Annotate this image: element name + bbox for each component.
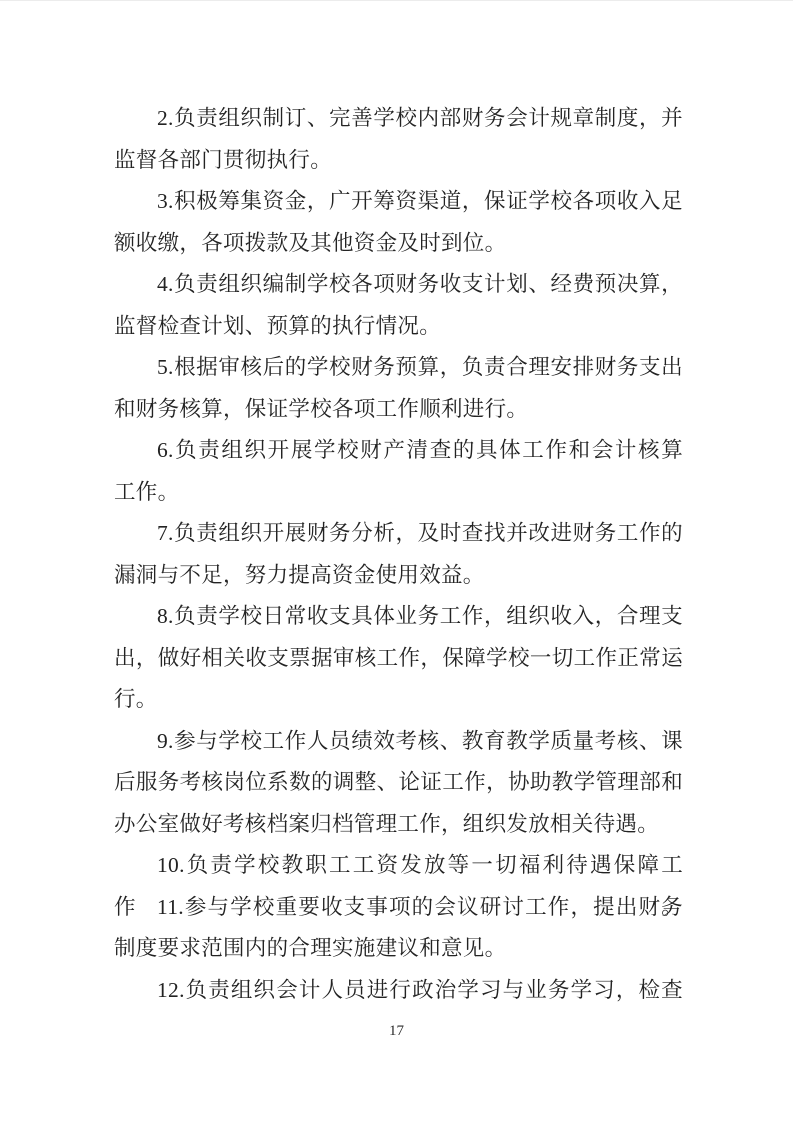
text-line: 额收缴，各项拨款及其他资金及时到位。 bbox=[114, 223, 683, 265]
document-page: 2.负责组织制订、完善学校内部财务会计规章制度，并监督各部门贯彻执行。3.积极筹… bbox=[0, 0, 793, 1123]
text-line: 2.负责组织制订、完善学校内部财务会计规章制度，并 bbox=[114, 98, 683, 140]
text-line: 后服务考核岗位系数的调整、论证工作，协助教学管理部和 bbox=[114, 762, 683, 804]
text-line: 监督检查计划、预算的执行情况。 bbox=[114, 306, 683, 348]
text-line: 11.参与学校重要收支事项的会议研讨工作，提出财务 bbox=[114, 887, 683, 929]
document-text-block: 2.负责组织制订、完善学校内部财务会计规章制度，并监督各部门贯彻执行。3.积极筹… bbox=[114, 98, 683, 1011]
text-line: 8.负责学校日常收支具体业务工作，组织收入，合理支 bbox=[114, 596, 683, 638]
text-line: 4.负责组织编制学校各项财务收支计划、经费预决算， bbox=[114, 264, 683, 306]
text-line: 10.负责学校教职工工资发放等一切福利待遇保障工作。 bbox=[114, 845, 683, 887]
text-line: 漏洞与不足，努力提高资金使用效益。 bbox=[114, 555, 683, 597]
text-line: 9.参与学校工作人员绩效考核、教育教学质量考核、课 bbox=[114, 721, 683, 763]
text-line: 12.负责组织会计人员进行政治学习与业务学习，检查 bbox=[114, 970, 683, 1012]
page-number: 17 bbox=[0, 1022, 793, 1040]
text-line: 7.负责组织开展财务分析，及时查找并改进财务工作的 bbox=[114, 513, 683, 555]
text-line: 出，做好相关收支票据审核工作，保障学校一切工作正常运 bbox=[114, 638, 683, 680]
text-line: 3.积极筹集资金，广开筹资渠道，保证学校各项收入足 bbox=[114, 181, 683, 223]
text-line: 制度要求范围内的合理实施建议和意见。 bbox=[114, 928, 683, 970]
text-line: 工作。 bbox=[114, 472, 683, 514]
text-line: 办公室做好考核档案归档管理工作，组织发放相关待遇。 bbox=[114, 804, 683, 846]
text-line: 监督各部门贯彻执行。 bbox=[114, 140, 683, 182]
text-line: 6.负责组织开展学校财产清查的具体工作和会计核算 bbox=[114, 430, 683, 472]
text-line: 5.根据审核后的学校财务预算，负责合理安排财务支出 bbox=[114, 347, 683, 389]
text-line: 行。 bbox=[114, 679, 683, 721]
text-line: 和财务核算，保证学校各项工作顺利进行。 bbox=[114, 389, 683, 431]
